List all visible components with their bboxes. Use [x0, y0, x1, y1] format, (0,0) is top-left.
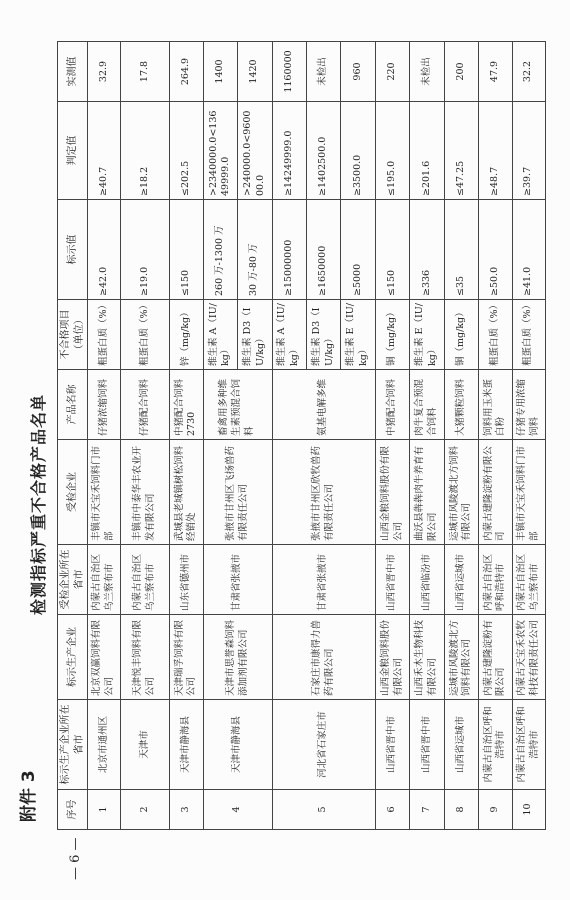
table-header-row: 序号标示生产企业所在省市标示生产企业受检企业所在省市受检企业产品名称不合格项目（…	[58, 42, 88, 830]
product-name-cell: 饲料用玉米蛋白粉	[479, 370, 512, 440]
label-value-cell: ≥1650000	[306, 200, 340, 300]
product-name-cell: 仔猪专用浓缩饲料	[512, 370, 545, 440]
column-header: 产品名称	[58, 370, 88, 440]
judgment-value-cell: ≥18.2	[121, 102, 170, 200]
manufacturer-cell: 天津瑞孚饲料有限公司	[170, 615, 203, 700]
measured-value-cell: 1420	[238, 42, 272, 102]
measured-value-cell: 960	[341, 42, 375, 102]
row-number-cell: 10	[512, 790, 545, 830]
table-row: 7山西省晋中市山西禾木生物科技有限公司山西省临汾市曲沃县犇犇肉牛养育有限公司肉牛…	[410, 42, 444, 830]
inspected-location-cell: 内蒙古自治区乌兰察布市	[512, 545, 545, 615]
measured-value-cell: 17.8	[121, 42, 170, 102]
manufacturer-location-cell: 山西省运城市	[444, 700, 478, 790]
table-row: 9内蒙古自治区呼和浩特市内蒙古建隆淀粉有限公司内蒙古自治区呼和浩特市内蒙古建隆淀…	[479, 42, 512, 830]
failed-item-cell: 粗蛋白质（%）	[121, 300, 170, 370]
product-name-cell: 仔猪浓缩饲料	[88, 370, 121, 440]
inspected-location-cell: 山东省德州市	[170, 545, 203, 615]
row-number-cell: 8	[444, 790, 478, 830]
judgment-value-cell: >2340000.0<13649999.0	[203, 102, 237, 200]
row-number-cell: 1	[88, 790, 121, 830]
noncompliant-products-table: 序号标示生产企业所在省市标示生产企业受检企业所在省市受检企业产品名称不合格项目（…	[57, 41, 546, 830]
attachment-label: 附件 3	[14, 770, 39, 822]
inspected-company-cell: 丰镇市中泰华丰农业开发有限公司	[121, 440, 170, 545]
judgment-value-cell: ≥201.6	[410, 102, 444, 200]
inspected-company-cell: 曲沃县犇犇肉牛养育有限公司	[410, 440, 444, 545]
label-value-cell: ≥42.0	[88, 200, 121, 300]
judgment-value-cell: ≥40.7	[88, 102, 121, 200]
row-number-cell: 5	[272, 790, 375, 830]
product-name-cell: 畜禽用多种维生素预混合饲料	[203, 370, 272, 440]
measured-value-cell: 1400	[203, 42, 237, 102]
manufacturer-cell: 北京双赢饲料有限公司	[88, 615, 121, 700]
table-row: 6山西省晋中市山西金粮饲料股份有限公司山西省晋中市山西金粮饲料股份有限公司中猪配…	[375, 42, 409, 830]
product-name-cell: 氨基电解多维	[272, 370, 375, 440]
judgment-value-cell: ≤195.0	[375, 102, 409, 200]
manufacturer-cell: 内蒙古天宝禾农牧科技有限责任公司	[512, 615, 545, 700]
judgment-value-cell: ≥14249999.0	[272, 102, 306, 200]
measured-value-cell: 未检出	[410, 42, 444, 102]
column-header: 判定值	[58, 102, 88, 200]
failed-item-cell: 维生素 D3（IU/kg）	[238, 300, 272, 370]
column-header: 标示生产企业	[58, 615, 88, 700]
judgment-value-cell: ≤47.25	[444, 102, 478, 200]
measured-value-cell: 264.9	[170, 42, 203, 102]
label-value-cell: ≤150	[375, 200, 409, 300]
inspected-location-cell: 山西省临汾市	[410, 545, 444, 615]
manufacturer-cell: 山西金粮饲料股份有限公司	[375, 615, 409, 700]
measured-value-cell: 32.2	[512, 42, 545, 102]
inspected-location-cell: 山西省运城市	[444, 545, 478, 615]
failed-item-cell: 锌（mg/kg）	[170, 300, 203, 370]
column-header: 标示值	[58, 200, 88, 300]
failed-item-cell: 铜（mg/kg）	[375, 300, 409, 370]
page-title: 检测指标严重不合格产品名单	[26, 394, 49, 615]
manufacturer-cell: 石家庄市康得力兽药有限公司	[272, 615, 375, 700]
product-name-cell: 中猪配合饲料 2730	[170, 370, 203, 440]
manufacturer-cell: 运城市风陵渡北方饲料有限公司	[444, 615, 478, 700]
manufacturer-cell: 山西禾木生物科技有限公司	[410, 615, 444, 700]
inspected-company-cell: 丰镇市天宝禾饲料门市部	[88, 440, 121, 545]
manufacturer-location-cell: 山西省晋中市	[410, 700, 444, 790]
inspected-company-cell: 丰镇市天宝禾饲料门市部	[512, 440, 545, 545]
failed-item-cell: 粗蛋白质（%）	[88, 300, 121, 370]
noncompliant-products-table-wrap: 序号标示生产企业所在省市标示生产企业受检企业所在省市受检企业产品名称不合格项目（…	[57, 42, 546, 830]
inspected-company-cell: 武城县老城镇树松饲料经销处	[170, 440, 203, 545]
judgment-value-cell: ≥3500.0	[341, 102, 375, 200]
label-value-cell: ≤150	[170, 200, 203, 300]
measured-value-cell: 47.9	[479, 42, 512, 102]
failed-item-cell: 维生素 A（IU/kg）	[203, 300, 237, 370]
table-row: 5河北省石家庄市石家庄市康得力兽药有限公司甘肃省张掖市张掖市甘州区欣牧兽药有限责…	[272, 42, 306, 830]
failed-item-cell: 粗蛋白质（%）	[479, 300, 512, 370]
table-row: 4天津市静海县天津市思誉森饲料添加剂有限公司甘肃省张掖市张掖市甘州区飞扬兽药有限…	[203, 42, 237, 830]
manufacturer-location-cell: 山西省晋中市	[375, 700, 409, 790]
row-number-cell: 6	[375, 790, 409, 830]
column-header: 受检企业所在省市	[58, 545, 88, 615]
manufacturer-location-cell: 北京市通州区	[88, 700, 121, 790]
manufacturer-location-cell: 内蒙古自治区呼和浩特市	[479, 700, 512, 790]
failed-item-cell: 维生素 D3（IU/kg）	[306, 300, 340, 370]
table-row: 2天津市天津悦丰饲料有限公司内蒙古自治区乌兰察布市丰镇市中泰华丰农业开发有限公司…	[121, 42, 170, 830]
inspected-location-cell: 甘肃省张掖市	[272, 545, 375, 615]
row-number-cell: 3	[170, 790, 203, 830]
failed-item-cell: 维生素 A（IU/kg）	[272, 300, 306, 370]
product-name-cell: 肉牛复合预混合饲料	[410, 370, 444, 440]
inspected-location-cell: 甘肃省张掖市	[203, 545, 272, 615]
manufacturer-location-cell: 内蒙古自治区呼和浩特市	[512, 700, 545, 790]
inspected-location-cell: 内蒙古自治区乌兰察布市	[121, 545, 170, 615]
table-row: 10内蒙古自治区呼和浩特市内蒙古天宝禾农牧科技有限责任公司内蒙古自治区乌兰察布市…	[512, 42, 545, 830]
label-value-cell: ≥336	[410, 200, 444, 300]
table-row: 3天津市静海县天津瑞孚饲料有限公司山东省德州市武城县老城镇树松饲料经销处中猪配合…	[170, 42, 203, 830]
measured-value-cell: 220	[375, 42, 409, 102]
manufacturer-location-cell: 天津市静海县	[170, 700, 203, 790]
column-header: 实测值	[58, 42, 88, 102]
label-value-cell: ≥15000000	[272, 200, 306, 300]
measured-value-cell: 32.9	[88, 42, 121, 102]
label-value-cell: 260 万-1300 万	[203, 200, 237, 300]
label-value-cell: ≥50.0	[479, 200, 512, 300]
label-value-cell: ≤35	[444, 200, 478, 300]
inspected-company-cell: 张掖市甘州区飞扬兽药有限责任公司	[203, 440, 272, 545]
failed-item-cell: 维生素 E（IU/kg）	[410, 300, 444, 370]
inspected-company-cell: 张掖市甘州区欣牧兽药有限责任公司	[272, 440, 375, 545]
failed-item-cell: 粗蛋白质（%）	[512, 300, 545, 370]
measured-value-cell: 200	[444, 42, 478, 102]
judgment-value-cell: ≥48.7	[479, 102, 512, 200]
page-number: — 6 —	[68, 837, 83, 880]
failed-item-cell: 维生素 E（IU/kg）	[341, 300, 375, 370]
manufacturer-location-cell: 天津市	[121, 700, 170, 790]
manufacturer-location-cell: 天津市静海县	[203, 700, 272, 790]
row-number-cell: 4	[203, 790, 272, 830]
column-header: 不合格项目（单位）	[58, 300, 88, 370]
label-value-cell: ≥5000	[341, 200, 375, 300]
judgment-value-cell: >240000.0<960000.0	[238, 102, 272, 200]
measured-value-cell: 1160000	[272, 42, 306, 102]
row-number-cell: 7	[410, 790, 444, 830]
label-value-cell: ≥19.0	[121, 200, 170, 300]
product-name-cell: 中猪配合饲料	[375, 370, 409, 440]
inspected-company-cell: 内蒙古建隆淀粉有限公司	[479, 440, 512, 545]
column-header: 受检企业	[58, 440, 88, 545]
inspected-location-cell: 内蒙古自治区乌兰察布市	[88, 545, 121, 615]
product-name-cell: 大猪颗粒饲料	[444, 370, 478, 440]
inspected-location-cell: 山西省晋中市	[375, 545, 409, 615]
inspected-company-cell: 山西金粮饲料股份有限公司	[375, 440, 409, 545]
inspected-location-cell: 内蒙古自治区呼和浩特市	[479, 545, 512, 615]
label-value-cell: 30 万-80 万	[238, 200, 272, 300]
product-name-cell: 仔猪配合饲料	[121, 370, 170, 440]
manufacturer-cell: 天津市思誉森饲料添加剂有限公司	[203, 615, 272, 700]
judgment-value-cell: ≥1402500.0	[306, 102, 340, 200]
column-header: 标示生产企业所在省市	[58, 700, 88, 790]
failed-item-cell: 铜（mg/kg）	[444, 300, 478, 370]
inspected-company-cell: 运城市风陵渡北方饲料有限公司	[444, 440, 478, 545]
manufacturer-cell: 天津悦丰饲料有限公司	[121, 615, 170, 700]
manufacturer-location-cell: 河北省石家庄市	[272, 700, 375, 790]
manufacturer-cell: 内蒙古建隆淀粉有限公司	[479, 615, 512, 700]
judgment-value-cell: ≥39.7	[512, 102, 545, 200]
row-number-cell: 2	[121, 790, 170, 830]
column-header: 序号	[58, 790, 88, 830]
label-value-cell: ≥41.0	[512, 200, 545, 300]
table-row: 8山西省运城市运城市风陵渡北方饲料有限公司山西省运城市运城市风陵渡北方饲料有限公…	[444, 42, 478, 830]
measured-value-cell: 未检出	[306, 42, 340, 102]
row-number-cell: 9	[479, 790, 512, 830]
table-row: 1北京市通州区北京双赢饲料有限公司内蒙古自治区乌兰察布市丰镇市天宝禾饲料门市部仔…	[88, 42, 121, 830]
judgment-value-cell: ≤202.5	[170, 102, 203, 200]
